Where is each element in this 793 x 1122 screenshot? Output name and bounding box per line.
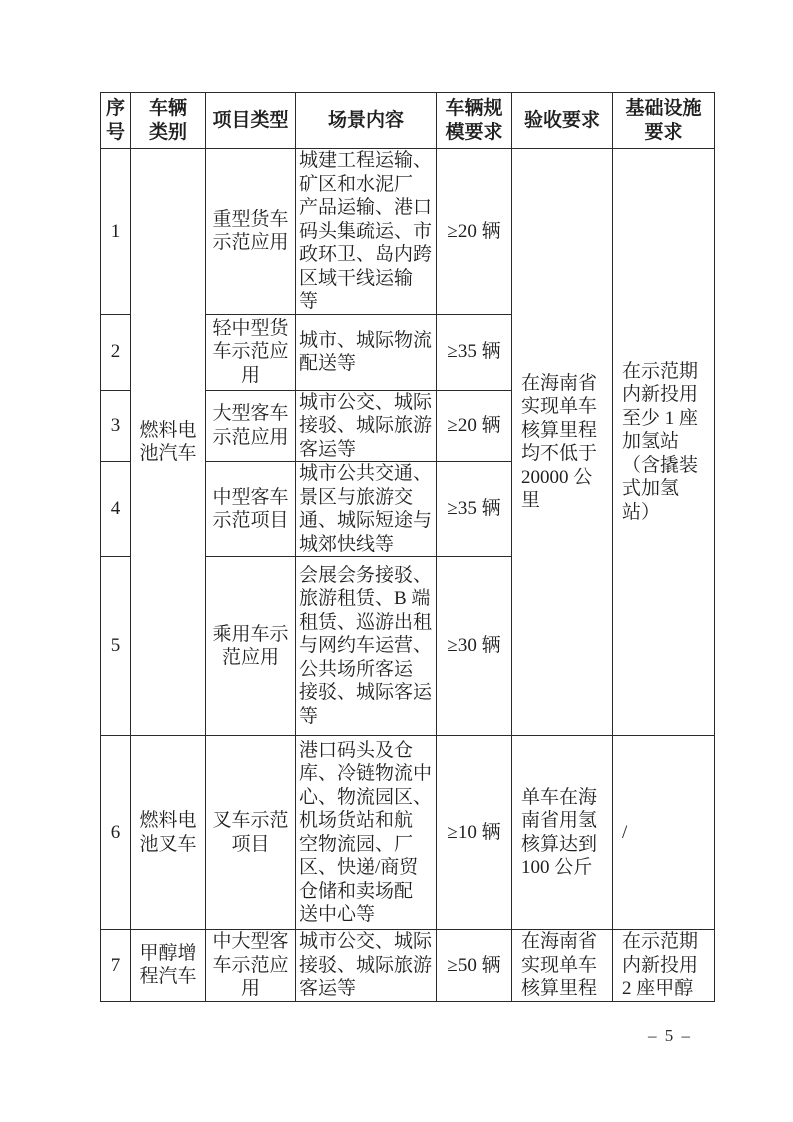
category-cell-fuel-cell-forklift: 燃料电 池叉车	[131, 736, 206, 930]
project-cell-7: 中大型客 车示范应 用	[206, 930, 296, 1002]
infrastructure-cell-rows-1-5: 在示范期 内新投用 至少 1 座 加氢站 （含撬装 式加氢 站）	[613, 149, 715, 736]
scale-cell-2: ≥35 辆	[437, 314, 512, 390]
scene-cell-2: 城市、城际物流 配送等	[296, 314, 437, 390]
header-vehicle-scale: 车辆规 模要求	[437, 93, 512, 149]
seq-cell-4: 4	[101, 462, 131, 557]
scene-cell-4: 城市公共交通、 景区与旅游交 通、城际短途与 城郊快线等	[296, 462, 437, 557]
seq-cell-7: 7	[101, 930, 131, 1002]
acceptance-cell-7: 在海南省 实现单车 核算里程	[512, 930, 613, 1002]
table-header-row: 序 号 车辆 类别 项目类型 场景内容 车辆规 模要求 验收要求 基础设施 要求	[101, 93, 715, 149]
acceptance-cell-rows-1-5: 在海南省 实现单车 核算里程 均不低于 20000 公 里	[512, 149, 613, 736]
infrastructure-cell-6: /	[613, 736, 715, 930]
seq-cell-1: 1	[101, 149, 131, 315]
category-cell-fuel-cell-vehicle: 燃料电 池汽车	[131, 149, 206, 736]
scene-cell-1: 城建工程运输、 矿区和水泥厂 产品运输、港口 码头集疏运、市 政环卫、岛内跨 区…	[296, 149, 437, 315]
scale-cell-5: ≥30 辆	[437, 557, 512, 736]
header-seq: 序 号	[101, 93, 131, 149]
header-infrastructure: 基础设施 要求	[613, 93, 715, 149]
seq-cell-3: 3	[101, 390, 131, 462]
project-cell-2: 轻中型货 车示范应 用	[206, 314, 296, 390]
project-cell-1: 重型货车 示范应用	[206, 149, 296, 315]
seq-cell-2: 2	[101, 314, 131, 390]
project-cell-6: 叉车示范 项目	[206, 736, 296, 930]
scene-cell-7: 城市公交、城际 接驳、城际旅游 客运等	[296, 930, 437, 1002]
seq-cell-5: 5	[101, 557, 131, 736]
table-row-1: 1 燃料电 池汽车 重型货车 示范应用 城建工程运输、 矿区和水泥厂 产品运输、…	[101, 149, 715, 315]
scale-cell-1: ≥20 辆	[437, 149, 512, 315]
header-acceptance: 验收要求	[512, 93, 613, 149]
seq-cell-6: 6	[101, 736, 131, 930]
header-project-type: 项目类型	[206, 93, 296, 149]
scale-cell-3: ≥20 辆	[437, 390, 512, 462]
page-number: – 5 –	[620, 1026, 720, 1046]
document-page: 序 号 车辆 类别 项目类型 场景内容 车辆规 模要求 验收要求 基础设施 要求…	[0, 0, 793, 1122]
header-scene-content: 场景内容	[296, 93, 437, 149]
table-row-7: 7 甲醇增 程汽车 中大型客 车示范应 用 城市公交、城际 接驳、城际旅游 客运…	[101, 930, 715, 1002]
project-cell-4: 中型客车 示范项目	[206, 462, 296, 557]
category-cell-methanol-range-extended: 甲醇增 程汽车	[131, 930, 206, 1002]
scene-cell-3: 城市公交、城际 接驳、城际旅游 客运等	[296, 390, 437, 462]
project-cell-3: 大型客车 示范应用	[206, 390, 296, 462]
scale-cell-4: ≥35 辆	[437, 462, 512, 557]
scene-cell-5: 会展会务接驳、 旅游租赁、B 端 租赁、巡游出租 与网约车运营、 公共场所客运 …	[296, 557, 437, 736]
scene-cell-6: 港口码头及仓 库、冷链物流中 心、物流园区、 机场货站和航 空物流园、厂 区、快…	[296, 736, 437, 930]
scale-cell-6: ≥10 辆	[437, 736, 512, 930]
header-vehicle-category: 车辆 类别	[131, 93, 206, 149]
vehicle-demo-requirements-table: 序 号 车辆 类别 项目类型 场景内容 车辆规 模要求 验收要求 基础设施 要求…	[100, 92, 715, 1002]
acceptance-cell-6: 单车在海 南省用氢 核算达到 100 公斤	[512, 736, 613, 930]
table-row-6: 6 燃料电 池叉车 叉车示范 项目 港口码头及仓 库、冷链物流中 心、物流园区、…	[101, 736, 715, 930]
infrastructure-cell-7: 在示范期 内新投用 2 座甲醇	[613, 930, 715, 1002]
project-cell-5: 乘用车示 范应用	[206, 557, 296, 736]
scale-cell-7: ≥50 辆	[437, 930, 512, 1002]
